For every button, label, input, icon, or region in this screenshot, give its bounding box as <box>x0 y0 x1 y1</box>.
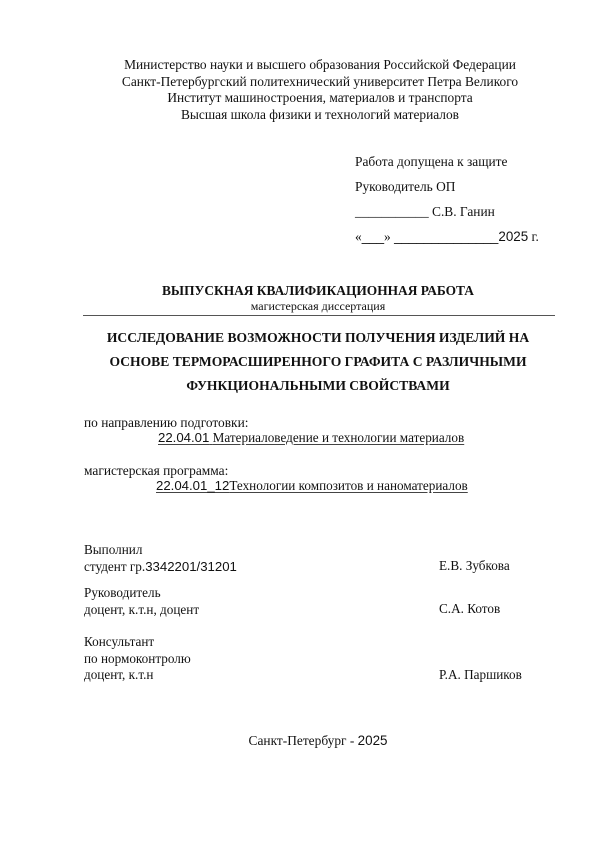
thesis-title-line: ФУНКЦИОНАЛЬНЫМИ СВОЙСТВАМИ <box>80 374 556 398</box>
work-subtype: магистерская диссертация <box>0 299 595 314</box>
supervisor-role: Руководитель <box>84 585 199 602</box>
consultant-position: доцент, к.т.н <box>84 667 191 684</box>
year: 2025 <box>358 733 388 748</box>
consultant-role-detail: по нормоконтролю <box>84 651 191 668</box>
approval-date-row: «___» ______________2025 г. <box>355 229 539 245</box>
signature-performer: Выполнил студент гр.3342201/31201 <box>84 542 237 575</box>
work-type-heading: ВЫПУСКНАЯ КВАЛИФИКАЦИОННАЯ РАБОТА <box>0 283 595 299</box>
thesis-title: ИССЛЕДОВАНИЕ ВОЗМОЖНОСТИ ПОЛУЧЕНИЯ ИЗДЕЛ… <box>80 326 556 398</box>
supervisor-name: С.А. Котов <box>439 601 500 617</box>
city-year: Санкт-Петербург - 2025 <box>0 733 595 749</box>
head-name: С.В. Ганин <box>432 204 495 219</box>
signature-supervisor: Руководитель доцент, к.т.н, доцент <box>84 585 199 618</box>
institute-name: Институт машиностроения, материалов и тр… <box>0 90 595 107</box>
performer-group-number: 3342201/31201 <box>145 559 237 574</box>
admitted-text: Работа допущена к защите <box>355 154 507 170</box>
date-day-blank: ___ <box>362 229 384 244</box>
program-value: 22.04.01_12Технологии композитов и наном… <box>156 478 468 494</box>
supervisor-position: доцент, к.т.н, доцент <box>84 602 199 619</box>
city-name: Санкт-Петербург - <box>249 733 355 748</box>
horizontal-divider <box>83 315 555 316</box>
school-name: Высшая школа физики и технологий материа… <box>0 107 595 124</box>
signature-consultant: Консультант по нормоконтролю доцент, к.т… <box>84 634 191 684</box>
consultant-name: Р.А. Паршиков <box>439 667 522 683</box>
head-signature-row: ___________ С.В. Ганин <box>355 204 495 220</box>
program-name: Технологии композитов и наноматериалов <box>229 478 467 493</box>
date-close-quote: » <box>384 229 391 244</box>
thesis-title-line: ОСНОВЕ ТЕРМОРАСШИРЕННОГО ГРАФИТА С РАЗЛИ… <box>80 350 556 374</box>
direction-name: Материаловедение и технологии материалов <box>213 430 465 445</box>
direction-code: 22.04.01 <box>158 430 209 445</box>
university-name: Санкт-Петербургский политехнический унив… <box>0 74 595 91</box>
date-month-blank: ______________ <box>394 229 498 244</box>
date-year: 2025 <box>498 229 528 244</box>
signature-line: ___________ <box>355 204 429 219</box>
direction-value: 22.04.01 Материаловедение и технологии м… <box>158 430 464 446</box>
head-title: Руководитель ОП <box>355 179 455 195</box>
organization-header: Министерство науки и высшего образования… <box>0 57 595 123</box>
performer-name: Е.В. Зубкова <box>439 558 510 574</box>
performer-role: Выполнил <box>84 542 237 559</box>
date-suffix: г. <box>532 229 539 244</box>
program-code: 22.04.01_12 <box>156 478 229 493</box>
performer-group-prefix: студент гр. <box>84 559 145 574</box>
consultant-role: Консультант <box>84 634 191 651</box>
thesis-title-line: ИССЛЕДОВАНИЕ ВОЗМОЖНОСТИ ПОЛУЧЕНИЯ ИЗДЕЛ… <box>80 326 556 350</box>
date-open-quote: « <box>355 229 362 244</box>
program-label: магистерская программа: <box>84 463 228 479</box>
performer-group-line: студент гр.3342201/31201 <box>84 559 237 576</box>
ministry-name: Министерство науки и высшего образования… <box>0 57 595 74</box>
direction-label: по направлению подготовки: <box>84 415 248 431</box>
